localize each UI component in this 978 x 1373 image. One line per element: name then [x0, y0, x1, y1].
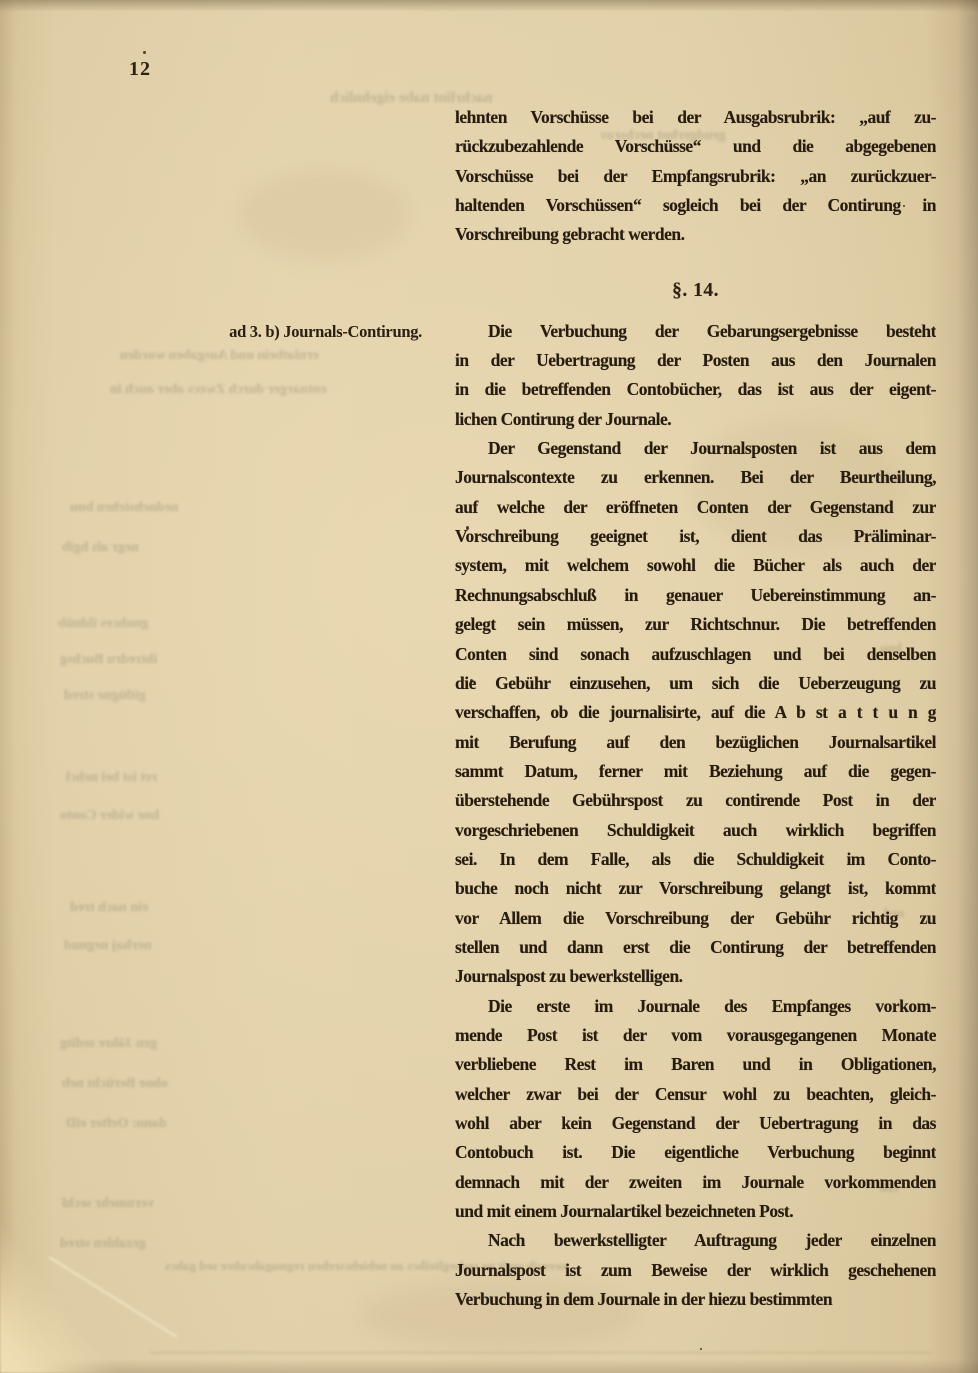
text-line: mit Berufung auf den bezüglichen Journal…: [455, 728, 936, 757]
page-corner-fold: [0, 1223, 210, 1373]
text-line: stellen und dann erst die Contirung der …: [455, 933, 936, 962]
text-line: vor Allem die Vorschreibung der Gebühr r…: [455, 904, 936, 933]
text-line: haltenden Vorschüssen“ sogleich bei der …: [455, 191, 936, 220]
section-heading: §. 14.: [455, 250, 936, 317]
text-column: lehnten Vorschüsse bei der Ausgabsrubrik…: [455, 103, 936, 1314]
paper-stain: [240, 170, 410, 260]
text-line: verbliebene Rest im Baren und in Obligat…: [455, 1050, 936, 1079]
bleedthrough-text: ernlatbein und Ausgaben worden: [120, 348, 319, 364]
text-line: und mit einem Journalartikel bezeichnete…: [455, 1197, 936, 1226]
text-line: in der Uebertragung der Posten aus den J…: [455, 346, 936, 375]
bleedthrough-text: gitlügne stred: [64, 688, 146, 704]
text-line: gelegt sein müssen, zur Richtschnur. Die…: [455, 610, 936, 639]
text-line: in die betreffenden Contobücher, das ist…: [455, 375, 936, 404]
text-line: Vorschreibung gebracht werden.: [455, 220, 936, 249]
text-line: sammt Datum, ferner mit Beziehung auf di…: [455, 757, 936, 786]
text-line: auf welche der eröffneten Conten der Geg…: [455, 493, 936, 522]
text-line: vorgeschriebenen Schuldigkeit auch wirkl…: [455, 816, 936, 845]
crease-line: [49, 1256, 177, 1337]
text-line: sei. In dem Falle, als die Schuldigkeit …: [455, 845, 936, 874]
bleedthrough-text: gnuhces ildnüb: [58, 616, 149, 632]
text-line: Journalspost ist zum Beweise der wirklic…: [455, 1256, 936, 1285]
bleedthrough-text: nednehstehen bnu: [70, 500, 179, 516]
bleedthrough-text: nerhaj negnud: [64, 938, 152, 954]
bleedthrough-text: ihtredru Buchsg: [60, 652, 157, 668]
paragraph: Die erste im Journale des Empfanges vork…: [455, 992, 936, 1227]
ink-speck: [143, 51, 146, 54]
paragraph-continued: lehnten Vorschüsse bei der Ausgabsrubrik…: [455, 103, 936, 250]
margin-note: ad 3. b) Journals-Contirung.: [96, 317, 422, 346]
ink-speck: [700, 1348, 702, 1350]
paragraph: Der Gegenstand der Journalsposten ist au…: [455, 434, 936, 992]
text-line: Nach bewerkstelligter Auftragung jeder e…: [455, 1226, 936, 1255]
text-line: Die Verbuchung der Gebarungsergebnisse b…: [455, 317, 936, 346]
bleedthrough-text: negr als hgib: [62, 540, 139, 556]
paragraph: Die Verbuchung der Gebarungsergebnisse b…: [455, 317, 936, 434]
text-line: verschaffen, ob die journalisirte, auf d…: [455, 698, 936, 727]
section-body: Die Verbuchung der Gebarungsergebnisse b…: [455, 317, 936, 1315]
crease-line: [150, 1352, 930, 1353]
bleedthrough-text: ohne Berücht neb: [62, 1076, 168, 1092]
text-line: die Gebühr einzusehen, um sich die Ueber…: [455, 669, 936, 698]
bleedthrough-text: vernmehr sechl: [62, 1196, 154, 1212]
text-line: Vorschüsse bei der Empfangsrubrik: „an z…: [455, 162, 936, 191]
text-line: Journalspost zu bewerkstelligen.: [455, 962, 936, 991]
text-line: Contobuch ist. Die eigentliche Verbuchun…: [455, 1138, 936, 1167]
text-line: Der Gegenstand der Journalsposten ist au…: [455, 434, 936, 463]
paragraph: Nach bewerkstelligter Auftragung jeder e…: [455, 1226, 936, 1314]
bleedthrough-text: hne wider Conto: [60, 808, 159, 824]
text-line: buche noch nicht zur Vorschreibung gelan…: [455, 874, 936, 903]
bleedthrough-text: dann: Oefter eiD: [66, 1116, 167, 1132]
text-line: welcher zwar bei der Censur wohl zu beac…: [455, 1080, 936, 1109]
bleedthrough-text: gen Jähre seditg: [60, 1036, 157, 1052]
scanned-book-page: nachrlint nabe eigehnlichgeudgerhnt nech…: [0, 0, 978, 1373]
text-line: Conten sind sonach aufzuschlagen und bei…: [455, 640, 936, 669]
text-line: mende Post ist der vom vorausgegangenen …: [455, 1021, 936, 1050]
text-line: Journalscontexte zu erkennen. Bei der Be…: [455, 463, 936, 492]
bleedthrough-text: entnarger durch Zwecs aber auch in: [110, 382, 327, 398]
text-line: Rechnungsabschluß in genauer Uebereinsti…: [455, 581, 936, 610]
bleedthrough-text: ein nach tred: [70, 900, 148, 916]
page-number: 12: [129, 58, 151, 81]
text-line: demnach mit der zweiten im Journale vork…: [455, 1168, 936, 1197]
text-line: rückzubezahlende Vorschüsse“ und die abg…: [455, 132, 936, 161]
text-line: überstehende Gebührspost zu contirende P…: [455, 786, 936, 815]
text-line: Verbuchung in dem Journale in der hiezu …: [455, 1285, 936, 1314]
text-line: lichen Contirung der Journale.: [455, 405, 936, 434]
text-line: lehnten Vorschüsse bei der Ausgabsrubrik…: [455, 103, 936, 132]
text-line: wohl aber kein Gegenstand der Uebertragu…: [455, 1109, 936, 1138]
text-line: system, mit welchem sowohl die Bücher al…: [455, 551, 936, 580]
text-line: Die erste im Journale des Empfanges vork…: [455, 992, 936, 1021]
text-line: Vorschreibung geeignet ist, dient das Pr…: [455, 522, 936, 551]
bleedthrough-text: gezahlen stred: [60, 1236, 146, 1252]
bleedthrough-text: ret ist bei nehcl: [66, 770, 157, 786]
